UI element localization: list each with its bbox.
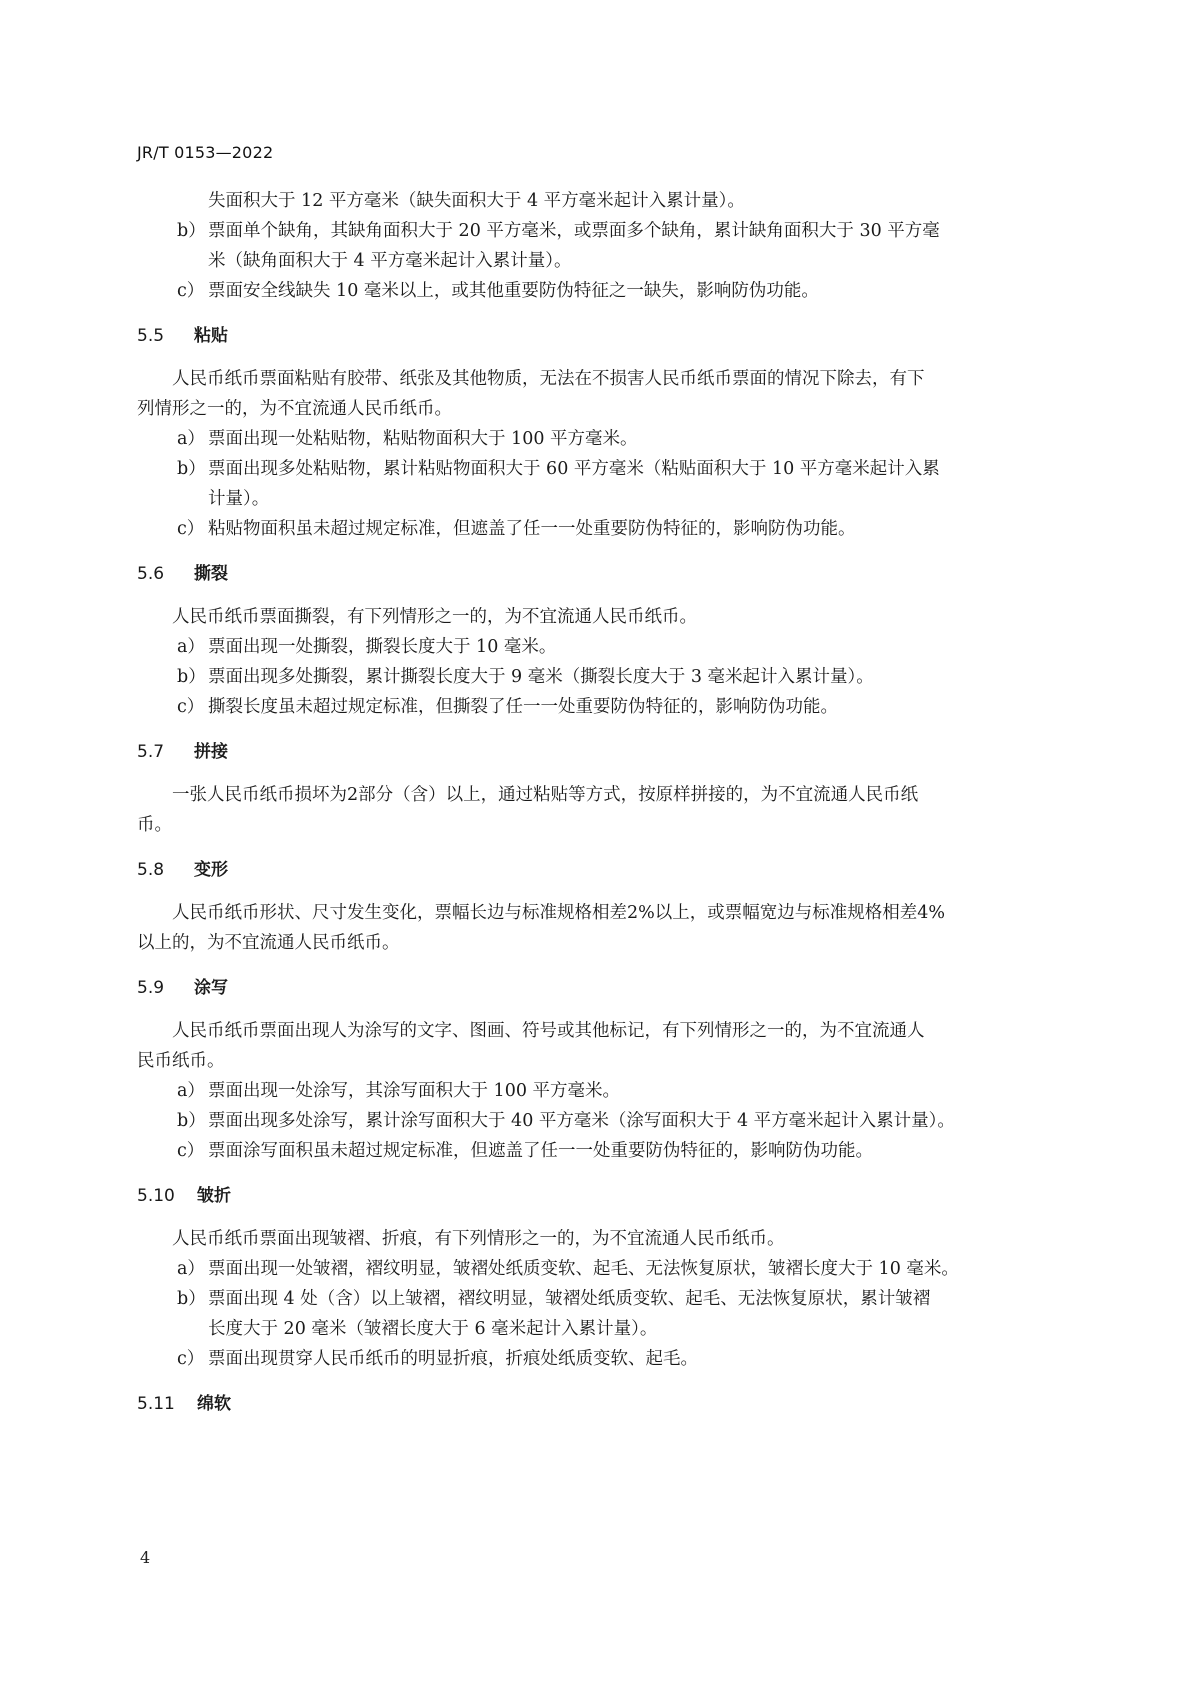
list-item-c: c）撕裂长度虽未超过规定标准，但撕裂了任一一处重要防伪特征的，影响防伪功能。 bbox=[137, 692, 1081, 722]
section-heading: 5.8变形 bbox=[137, 858, 1081, 882]
section-title: 撕裂 bbox=[194, 562, 228, 586]
item-text: 票面出现贯穿人民币纸币的明显折痕，折痕处纸质变软、起毛。 bbox=[208, 1344, 698, 1374]
item-text: 票面出现一处皱褶，褶纹明显，皱褶处纸质变软、起毛、无法恢复原状，皱褶长度大于 1… bbox=[208, 1254, 959, 1284]
list-item-c: c）票面涂写面积虽未超过规定标准，但遮盖了任一一处重要防伪特征的，影响防伪功能。 bbox=[137, 1136, 1081, 1166]
section-title: 皱折 bbox=[197, 1184, 231, 1208]
item-label: c） bbox=[177, 692, 208, 722]
section-5-6: 5.6撕裂 人民币纸币票面撕裂，有下列情形之一的，为不宜流通人民币纸币。 a）票… bbox=[137, 562, 1081, 722]
section-number: 5.8 bbox=[137, 858, 194, 882]
item-label: a） bbox=[177, 424, 208, 454]
section-heading: 5.10皱折 bbox=[137, 1184, 1081, 1208]
section-5-11: 5.11绵软 bbox=[137, 1392, 1081, 1416]
list-item-b: b）票面出现多处涂写，累计涂写面积大于 40 平方毫米（涂写面积大于 4 平方毫… bbox=[137, 1106, 1081, 1136]
continuation-item-c: c）票面安全线缺失 10 毫米以上，或其他重要防伪特征之一缺失，影响防伪功能。 bbox=[137, 276, 1081, 306]
section-number: 5.9 bbox=[137, 976, 194, 1000]
item-text: 票面出现一处粘贴物，粘贴物面积大于 100 平方毫米。 bbox=[208, 424, 638, 454]
item-label: b） bbox=[177, 454, 208, 484]
section-number: 5.7 bbox=[137, 740, 194, 764]
item-text: 票面出现 4 处（含）以上皱褶，褶纹明显，皱褶处纸质变软、起毛、无法恢复原状，累… bbox=[208, 1284, 930, 1314]
item-text: 票面涂写面积虽未超过规定标准，但遮盖了任一一处重要防伪特征的，影响防伪功能。 bbox=[208, 1136, 873, 1166]
list-item-c: c）票面出现贯穿人民币纸币的明显折痕，折痕处纸质变软、起毛。 bbox=[137, 1344, 1081, 1374]
section-title: 拼接 bbox=[194, 740, 228, 764]
section-5-7: 5.7拼接 一张人民币纸币损坏为2部分（含）以上，通过粘贴等方式，按原样拼接的，… bbox=[137, 740, 1081, 840]
section-heading: 5.5粘贴 bbox=[137, 324, 1081, 348]
section-number: 5.11 bbox=[137, 1392, 197, 1416]
item-text: 票面出现多处涂写，累计涂写面积大于 40 平方毫米（涂写面积大于 4 平方毫米起… bbox=[208, 1106, 955, 1136]
document-body: 失面积大于 12 平方毫米（缺失面积大于 4 平方毫米起计入累计量）。 b）票面… bbox=[137, 186, 1081, 1432]
item-label: a） bbox=[177, 1254, 208, 1284]
section-heading: 5.7拼接 bbox=[137, 740, 1081, 764]
section-heading: 5.6撕裂 bbox=[137, 562, 1081, 586]
item-label: b） bbox=[177, 1284, 208, 1314]
item-label: c） bbox=[177, 1344, 208, 1374]
section-intro-continued: 币。 bbox=[137, 810, 1081, 840]
document-page: JR/T 0153—2022 失面积大于 12 平方毫米（缺失面积大于 4 平方… bbox=[0, 0, 1190, 1683]
section-intro-continued: 民币纸币。 bbox=[137, 1046, 1081, 1076]
section-title: 变形 bbox=[194, 858, 228, 882]
continuation-item-b: b）票面单个缺角，其缺角面积大于 20 平方毫米，或票面多个缺角，累计缺角面积大… bbox=[137, 216, 1081, 276]
item-text: 票面出现一处撕裂，撕裂长度大于 10 毫米。 bbox=[208, 632, 556, 662]
item-text: 撕裂长度虽未超过规定标准，但撕裂了任一一处重要防伪特征的，影响防伪功能。 bbox=[208, 692, 838, 722]
section-intro-continued: 以上的，为不宜流通人民币纸币。 bbox=[137, 928, 1081, 958]
section-intro: 人民币纸币票面粘贴有胶带、纸张及其他物质，无法在不损害人民币纸币票面的情况下除去… bbox=[137, 364, 1081, 394]
section-intro: 人民币纸币票面出现人为涂写的文字、图画、符号或其他标记，有下列情形之一的，为不宜… bbox=[137, 1016, 1081, 1046]
list-item-a: a）票面出现一处涂写，其涂写面积大于 100 平方毫米。 bbox=[137, 1076, 1081, 1106]
item-text-continued: 米（缺角面积大于 4 平方毫米起计入累计量）。 bbox=[137, 246, 1081, 276]
section-intro: 一张人民币纸币损坏为2部分（含）以上，通过粘贴等方式，按原样拼接的，为不宜流通人… bbox=[137, 780, 1081, 810]
list-item-b: b）票面出现多处粘贴物，累计粘贴物面积大于 60 平方毫米（粘贴面积大于 10 … bbox=[137, 454, 1081, 484]
section-5-5: 5.5粘贴 人民币纸币票面粘贴有胶带、纸张及其他物质，无法在不损害人民币纸币票面… bbox=[137, 324, 1081, 544]
continuation-line: 失面积大于 12 平方毫米（缺失面积大于 4 平方毫米起计入累计量）。 bbox=[137, 186, 1081, 216]
list-item-a: a）票面出现一处皱褶，褶纹明显，皱褶处纸质变软、起毛、无法恢复原状，皱褶长度大于… bbox=[137, 1254, 1081, 1284]
item-label: b） bbox=[177, 216, 208, 246]
list-item-b: b）票面出现多处撕裂，累计撕裂长度大于 9 毫米（撕裂长度大于 3 毫米起计入累… bbox=[137, 662, 1081, 692]
list-item-a: a）票面出现一处撕裂，撕裂长度大于 10 毫米。 bbox=[137, 632, 1081, 662]
section-number: 5.10 bbox=[137, 1184, 197, 1208]
item-label: c） bbox=[177, 1136, 208, 1166]
section-intro: 人民币纸币形状、尺寸发生变化，票幅长边与标准规格相差2%以上，或票幅宽边与标准规… bbox=[137, 898, 1081, 928]
item-text: 票面出现一处涂写，其涂写面积大于 100 平方毫米。 bbox=[208, 1076, 620, 1106]
page-number: 4 bbox=[140, 1548, 150, 1567]
item-label: a） bbox=[177, 632, 208, 662]
item-text: 票面安全线缺失 10 毫米以上，或其他重要防伪特征之一缺失，影响防伪功能。 bbox=[208, 276, 819, 306]
item-text: 粘贴物面积虽未超过规定标准，但遮盖了任一一处重要防伪特征的，影响防伪功能。 bbox=[208, 514, 856, 544]
section-number: 5.6 bbox=[137, 562, 194, 586]
item-label: b） bbox=[177, 662, 208, 692]
item-text: 票面单个缺角，其缺角面积大于 20 平方毫米，或票面多个缺角，累计缺角面积大于 … bbox=[208, 216, 940, 246]
item-label: b） bbox=[177, 1106, 208, 1136]
document-id-header: JR/T 0153—2022 bbox=[137, 143, 273, 162]
list-item-b: b）票面出现 4 处（含）以上皱褶，褶纹明显，皱褶处纸质变软、起毛、无法恢复原状… bbox=[137, 1284, 1081, 1314]
item-label: a） bbox=[177, 1076, 208, 1106]
section-number: 5.5 bbox=[137, 324, 194, 348]
section-5-9: 5.9涂写 人民币纸币票面出现人为涂写的文字、图画、符号或其他标记，有下列情形之… bbox=[137, 976, 1081, 1166]
section-heading: 5.9涂写 bbox=[137, 976, 1081, 1000]
list-item-a: a）票面出现一处粘贴物，粘贴物面积大于 100 平方毫米。 bbox=[137, 424, 1081, 454]
section-intro: 人民币纸币票面撕裂，有下列情形之一的，为不宜流通人民币纸币。 bbox=[137, 602, 1081, 632]
item-text: 票面出现多处粘贴物，累计粘贴物面积大于 60 平方毫米（粘贴面积大于 10 平方… bbox=[208, 454, 940, 484]
section-5-10: 5.10皱折 人民币纸币票面出现皱褶、折痕，有下列情形之一的，为不宜流通人民币纸… bbox=[137, 1184, 1081, 1374]
section-title: 涂写 bbox=[194, 976, 228, 1000]
section-intro: 人民币纸币票面出现皱褶、折痕，有下列情形之一的，为不宜流通人民币纸币。 bbox=[137, 1224, 1081, 1254]
item-text: 票面出现多处撕裂，累计撕裂长度大于 9 毫米（撕裂长度大于 3 毫米起计入累计量… bbox=[208, 662, 874, 692]
item-text-continued: 长度大于 20 毫米（皱褶长度大于 6 毫米起计入累计量）。 bbox=[137, 1314, 1081, 1344]
section-5-8: 5.8变形 人民币纸币形状、尺寸发生变化，票幅长边与标准规格相差2%以上，或票幅… bbox=[137, 858, 1081, 958]
section-intro-continued: 列情形之一的，为不宜流通人民币纸币。 bbox=[137, 394, 1081, 424]
section-title: 粘贴 bbox=[194, 324, 228, 348]
list-item-c: c）粘贴物面积虽未超过规定标准，但遮盖了任一一处重要防伪特征的，影响防伪功能。 bbox=[137, 514, 1081, 544]
section-heading: 5.11绵软 bbox=[137, 1392, 1081, 1416]
item-label: c） bbox=[177, 276, 208, 306]
item-text-continued: 计量）。 bbox=[137, 484, 1081, 514]
item-label: c） bbox=[177, 514, 208, 544]
section-title: 绵软 bbox=[197, 1392, 231, 1416]
